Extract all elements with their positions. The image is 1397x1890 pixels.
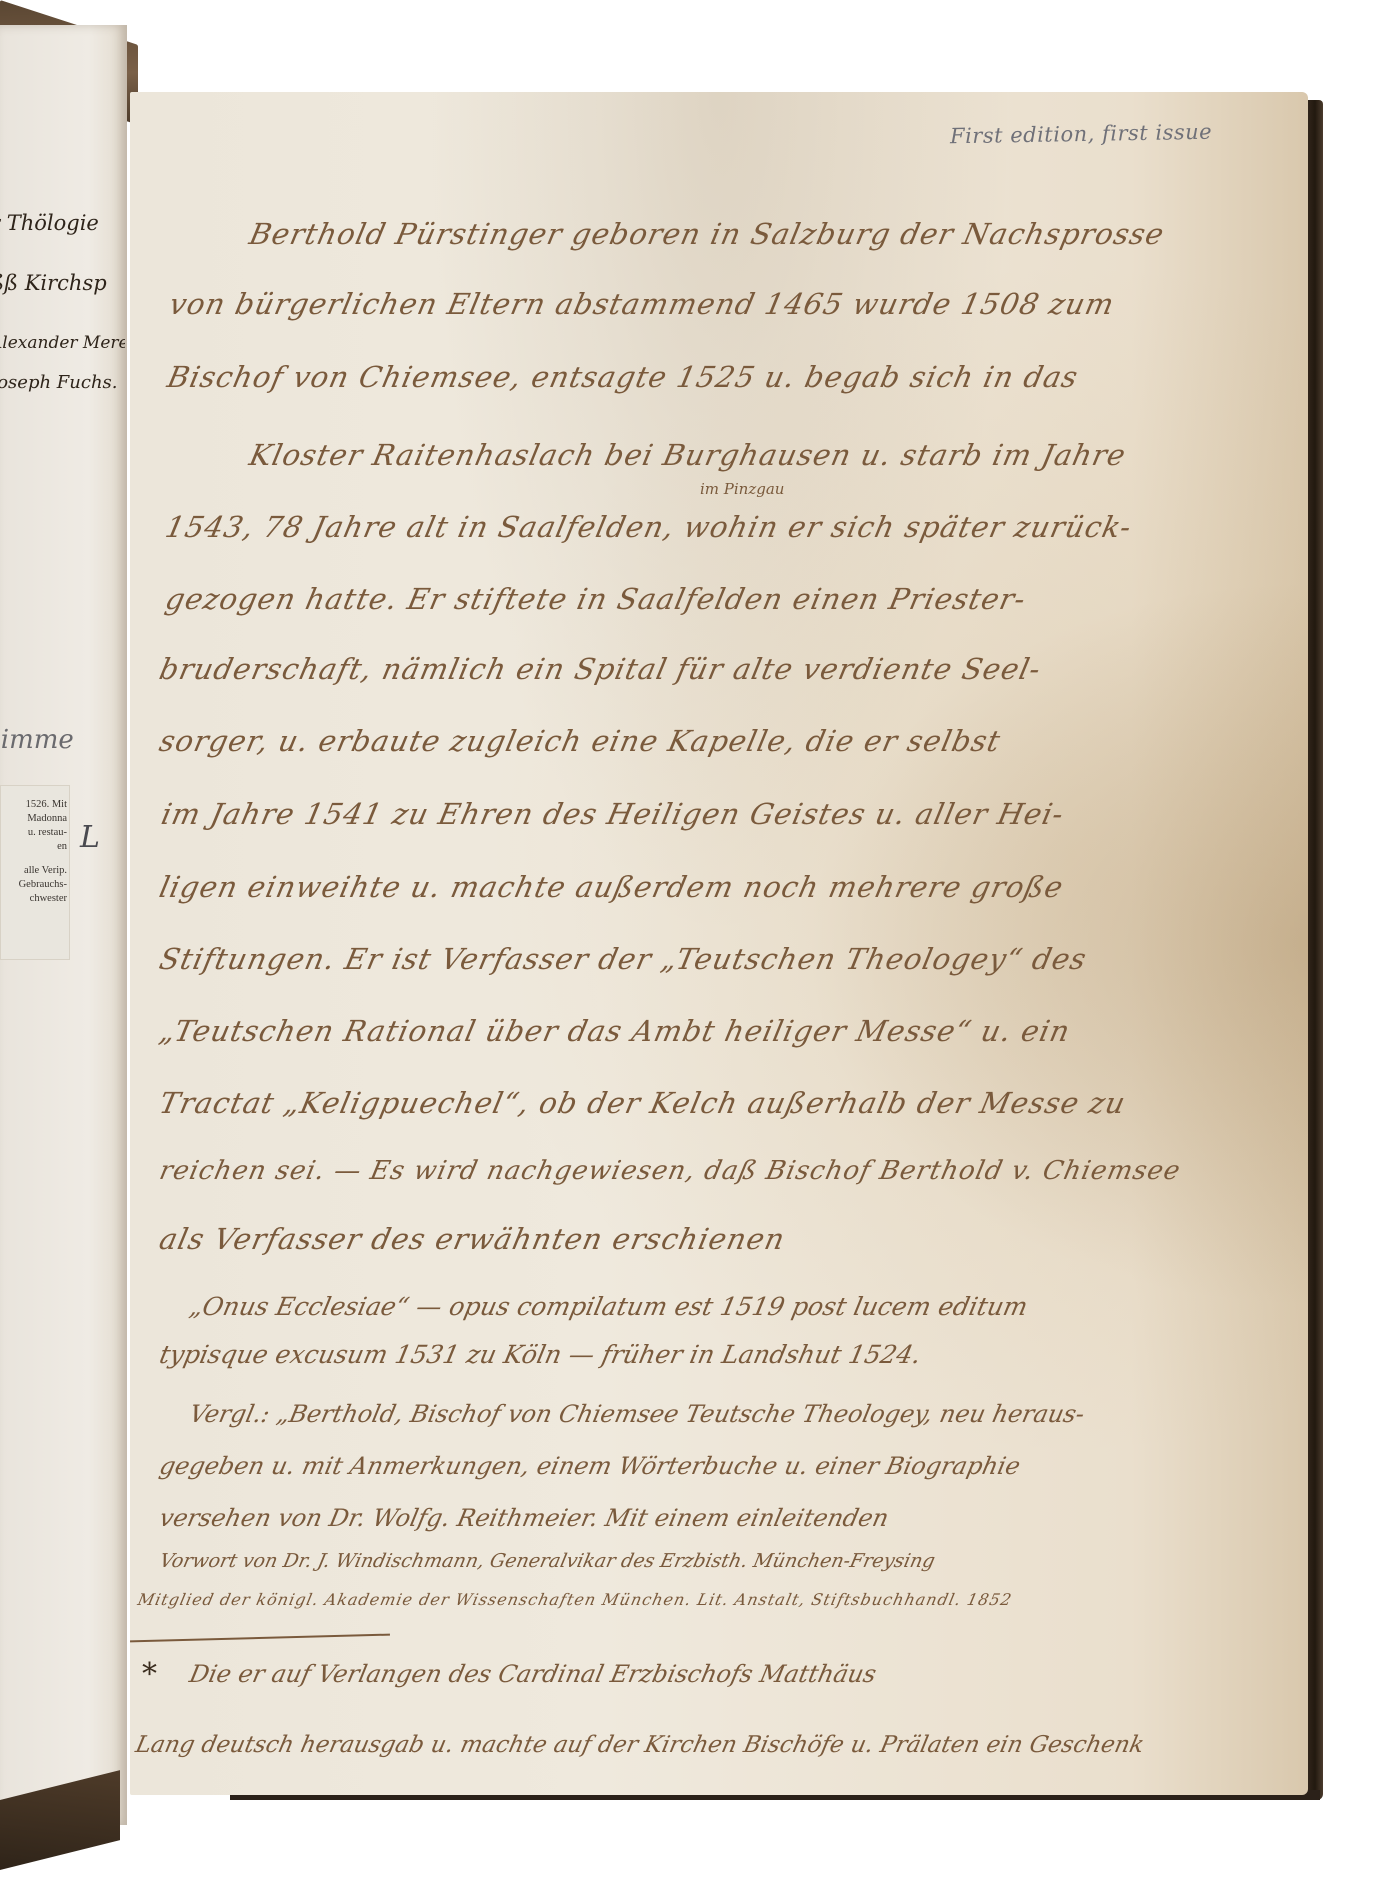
ms-line-17: typisque excusum 1531 zu Köln — früher i… — [157, 1340, 924, 1369]
ms-line-10: ligen einweihte u. machte außerdem noch … — [156, 870, 1066, 904]
ms-line-19: gegeben u. mit Anmerkungen, einem Wörter… — [157, 1452, 1023, 1480]
ms-line-7: bruderschaft, nämlich ein Spital für alt… — [156, 652, 1044, 686]
pencil-mark: L — [80, 820, 100, 855]
left-ms-line: ßß Kirchsp — [0, 260, 125, 306]
ms-line-5: 1543, 78 Jahre alt in Saalfelden, wohin … — [162, 510, 1135, 544]
separator-stroke — [130, 1634, 390, 1643]
ms-line-9: im Jahre 1541 zu Ehren des Heiligen Geis… — [158, 797, 1067, 831]
pasted-catalog-label: 1526. Mit Madonna u. restau- en alle Ver… — [0, 785, 70, 960]
manuscript-text: Berthold Pürstinger geboren in Salzburg … — [130, 92, 1308, 1795]
ms-line-23: Die er auf Verlangen des Cardinal Erzbis… — [187, 1660, 879, 1688]
ms-line-22: Mitglied der königl. Akademie der Wissen… — [136, 1590, 1014, 1609]
left-ms-line: Joseph Fuchs. — [0, 360, 125, 406]
left-ms-line: r Thölogie — [0, 200, 125, 246]
label-line: Madonna — [5, 812, 67, 826]
ms-line-15: als Verfasser des erwähnten erschienen — [156, 1222, 788, 1256]
ms-line-6: gezogen hatte. Er stiftete in Saalfelden… — [162, 582, 1029, 616]
ms-line-18: Vergl.: „Berthold, Bischof von Chiemsee … — [187, 1400, 1087, 1428]
ms-line-3: Bischof von Chiemsee, entsagte 1525 u. b… — [164, 360, 1081, 394]
ms-line-24: Lang deutsch herausgab u. machte auf der… — [133, 1732, 1146, 1758]
ms-line-1: Berthold Pürstinger geboren in Salzburg … — [246, 217, 1167, 251]
ms-line-4: Kloster Raitenhaslach bei Burghausen u. … — [246, 438, 1129, 472]
label-line: chwester — [5, 892, 67, 906]
label-line: 1526. Mit — [5, 798, 67, 812]
label-line: u. restau- — [5, 826, 67, 840]
label-line: alle Verip. — [5, 864, 67, 878]
interlinear-insertion: im Pinzgau — [700, 480, 784, 498]
ms-line-11: Stiftungen. Er ist Verfasser der „Teutsc… — [156, 942, 1090, 976]
label-line: Gebrauchs- — [5, 878, 67, 892]
ms-line-8: sorger, u. erbaute zugleich eine Kapelle… — [156, 724, 1004, 758]
ms-line-12: „Teutschen Rational über das Ambt heilig… — [156, 1014, 1073, 1048]
label-line: en — [5, 840, 67, 854]
left-pencil-note: Gimme — [0, 725, 74, 755]
footnote-asterisk: * — [142, 1657, 157, 1692]
ms-line-20: versehen von Dr. Wolfg. Reithmeier. Mit … — [157, 1504, 891, 1532]
ms-line-14: reichen sei. — Es wird nachgewiesen, daß… — [157, 1156, 1184, 1186]
ms-line-13: Tractat „Keligpuechel“, ob der Kelch auß… — [156, 1086, 1129, 1120]
ms-line-16: „Onus Ecclesiae“ — opus compilatum est 1… — [187, 1292, 1030, 1321]
manuscript-page: First edition, first issue Berthold Pürs… — [130, 92, 1308, 1795]
ms-line-21: Vorwort von Dr. J. Windischmann, General… — [158, 1550, 937, 1572]
left-page-manuscript: r Thölogie ßß Kirchsp Alexander Merend. … — [0, 200, 125, 406]
ms-line-2: von bürgerlichen Eltern abstammend 1465 … — [166, 287, 1117, 321]
